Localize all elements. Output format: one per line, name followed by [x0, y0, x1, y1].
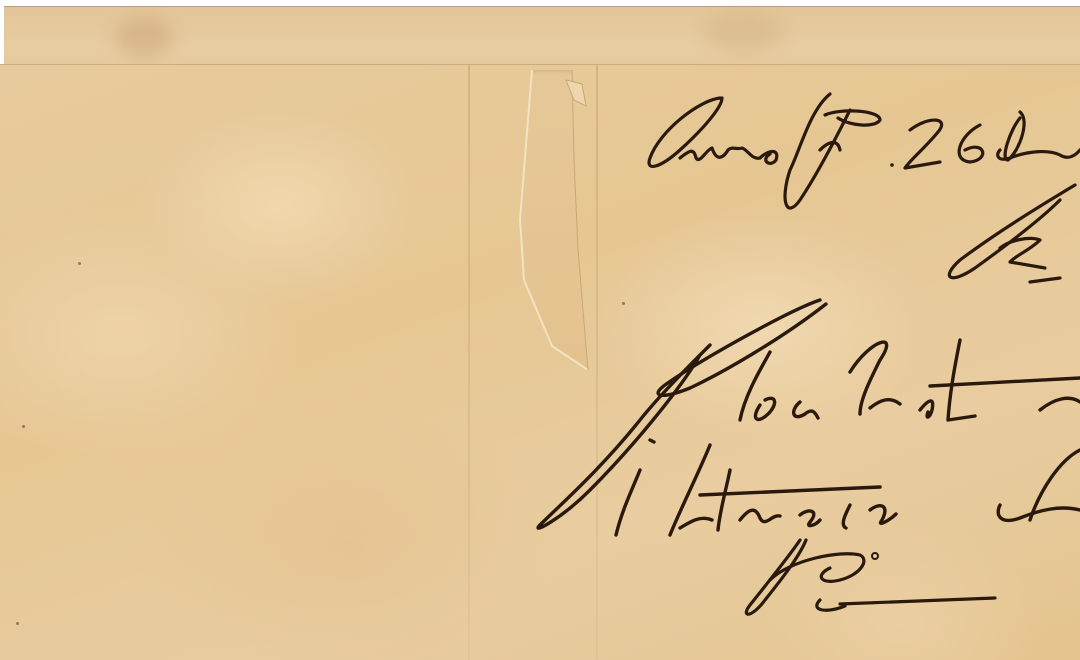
- paper-stain: [704, 12, 784, 52]
- tear-edge: [516, 70, 596, 370]
- paper-speck: [78, 262, 81, 265]
- paper-speck: [22, 425, 25, 428]
- paper-speck: [622, 302, 625, 305]
- paper-stain: [114, 17, 174, 57]
- fold-line: [596, 64, 598, 660]
- fold-line: [468, 64, 470, 660]
- paper-speck: [16, 622, 19, 625]
